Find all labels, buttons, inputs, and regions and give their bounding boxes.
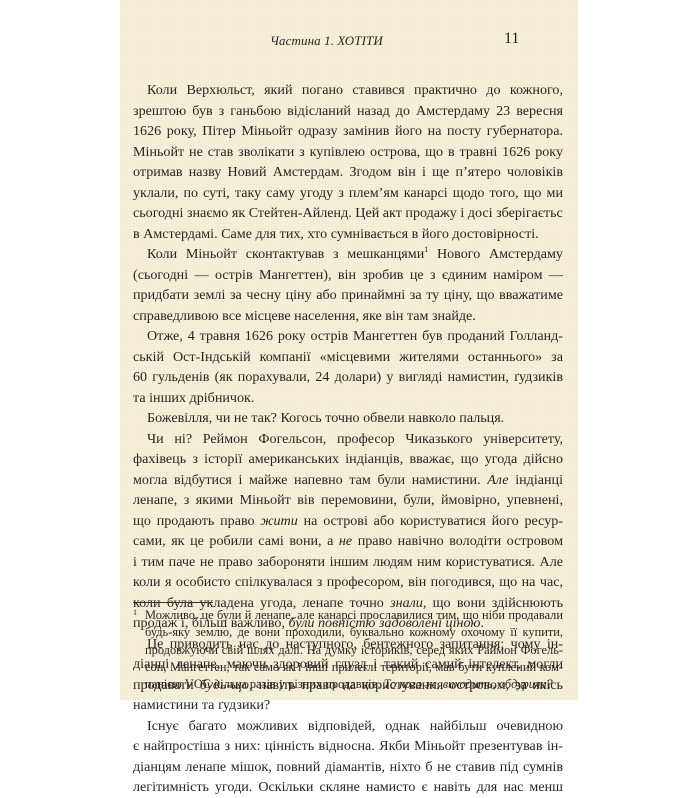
text-line: зрештою був з ганьбою відісланий назад д… bbox=[133, 101, 563, 122]
text-line: фахівець з історії американських індіанц… bbox=[133, 449, 563, 470]
text-line: уклали, по суті, таку саму угоду з плем’… bbox=[133, 183, 563, 204]
text-line: намистини та ґудзики? bbox=[133, 695, 563, 700]
emphasis: жити bbox=[260, 513, 297, 529]
text-line: 1626 року, Пітер Міньойт одразу замінив … bbox=[133, 121, 563, 142]
text-line: сами, як це робили самі вони, а не право… bbox=[133, 531, 563, 552]
text-line: що продають право жити на острові або ко… bbox=[133, 511, 563, 532]
footnote-mark: 1 bbox=[133, 607, 137, 621]
running-head: Частина 1. ХОТІТИ bbox=[270, 33, 383, 49]
text-line: і тим паче не право забороняти іншим люд… bbox=[133, 552, 563, 573]
text-line: ській Ост-Індській компанії «місцевими ж… bbox=[133, 347, 563, 368]
text-line: (сьогодні — острів Мангеттен), він зроби… bbox=[133, 265, 563, 286]
emphasis: То кого ж, виходить, обдурили? bbox=[384, 677, 553, 691]
text-line: могла відбутися і майже напевно там були… bbox=[133, 470, 563, 491]
text-line: Міньойт не став зволікати з купівлею ост… bbox=[133, 142, 563, 163]
footnote-line: будь-яку землю, де вони проходили, буква… bbox=[133, 624, 563, 641]
text-line: Отже, 4 травня 1626 року острів Мангетте… bbox=[133, 326, 563, 347]
paragraph: Божевілля, чи не так? Когось точно обвел… bbox=[133, 408, 563, 429]
text-line: 60 гульденів (як порахували, 24 долари) … bbox=[133, 367, 563, 388]
text-line: та інших дрібничок. bbox=[133, 388, 563, 409]
footnote-line: сон, Мангеттен, так само як і інші приле… bbox=[133, 659, 563, 676]
text-segment: Можливо, це були й ленапе, але канарсі п… bbox=[145, 608, 563, 622]
text-line: сьогодні знаємо як Стейтен-Айленд. Цей а… bbox=[133, 203, 563, 224]
paragraph: Коли Міньойт сконтактував з мешканцями1 … bbox=[133, 244, 563, 326]
page-number: 11 bbox=[504, 30, 519, 48]
footnote-line: 1Можливо, це були й ленапе, але канарсі … bbox=[133, 607, 563, 624]
footnote-reference[interactable]: 1 bbox=[424, 245, 428, 254]
paragraph: Отже, 4 травня 1626 року острів Мангетте… bbox=[133, 326, 563, 408]
footnote-divider bbox=[133, 602, 213, 603]
text-line: Чи ні? Реймон Фогельсон, професор Чиказь… bbox=[133, 429, 563, 450]
text-line: придбати землі за чесну ціну або принайм… bbox=[133, 285, 563, 306]
text-segment: на острові або користуватися його ресур- bbox=[298, 513, 563, 529]
footnote-line: продовжуючи свій шлях далі. На думку іст… bbox=[133, 642, 563, 659]
footnote-line: панією VOC кілька разів у різних продавц… bbox=[133, 676, 563, 693]
text-line: коли я особисто спілкувалася з професоро… bbox=[133, 572, 563, 593]
text-line: Божевілля, чи не так? Когось точно обвел… bbox=[133, 408, 563, 429]
paragraph: Коли Верхюльст, який погано ставився пра… bbox=[133, 80, 563, 244]
emphasis: Але bbox=[487, 472, 508, 488]
text-segment: Нового Амстердаму bbox=[437, 246, 563, 262]
text-line: справедливою все місцеве населення, яке … bbox=[133, 306, 563, 327]
text-segment: що продають право bbox=[133, 513, 260, 529]
text-line: отримав назву Новий Амстердам. Згодом ві… bbox=[133, 162, 563, 183]
text-segment: індіанці bbox=[509, 472, 563, 488]
text-line: Коли Міньойт сконтактував з мешканцями1 … bbox=[133, 244, 563, 265]
text-segment: сами, як це робили самі вони, а bbox=[133, 533, 339, 549]
text-line: в Амстердамі. Саме для тих, хто сумніває… bbox=[133, 224, 563, 245]
text-line: Коли Верхюльст, який погано ставився пра… bbox=[133, 80, 563, 101]
text-segment: могла відбутися і майже напевно там були… bbox=[133, 472, 487, 488]
emphasis: не bbox=[339, 533, 352, 549]
text-segment: право навічно володіти островом bbox=[352, 533, 563, 549]
footnote: 1Можливо, це були й ленапе, але канарсі … bbox=[133, 607, 565, 693]
text-line: ленапе, з якими Міньойт вів перемовини, … bbox=[133, 490, 563, 511]
text-segment: Коли Міньойт сконтактував з мешканцями bbox=[147, 246, 424, 262]
book-page: Частина 1. ХОТІТИ 11 Коли Верхюльст, яки… bbox=[120, 0, 578, 700]
text-segment: панією VOC кілька разів у різних продавц… bbox=[145, 677, 384, 691]
